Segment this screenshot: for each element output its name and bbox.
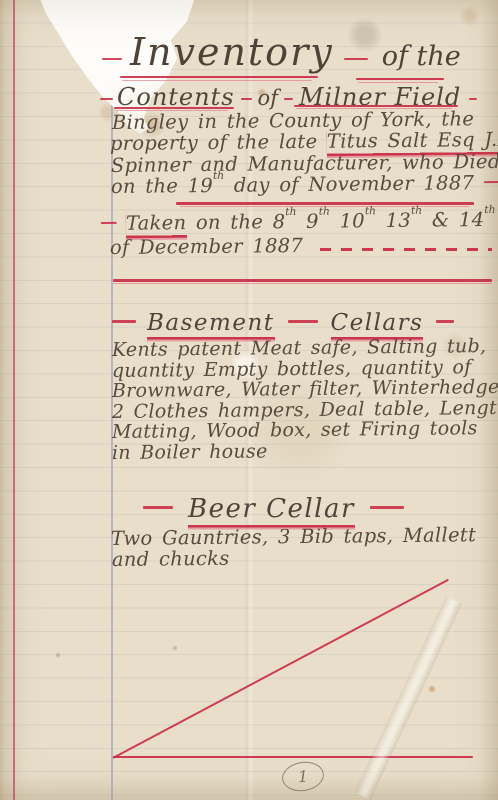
bottom-horizontal-rule <box>113 756 473 758</box>
inventory-document-page: Inventoryof the ContentsofMilner Field B… <box>0 0 498 800</box>
red-dash <box>288 320 318 323</box>
basement-heading: BasementCellars <box>112 308 454 338</box>
beer-item-1: Two Gauntries, 3 Bib taps, Mallett <box>111 523 477 550</box>
red-dash <box>101 221 117 224</box>
intro-line-4-text: on the 19th day of November 1887 <box>111 171 475 198</box>
beer-cellar-heading: Beer Cellar <box>143 493 404 525</box>
basement-item-6: in Boiler house <box>112 440 268 464</box>
red-dashed-rule <box>320 248 492 251</box>
subtitle-of: of <box>258 86 278 110</box>
red-margin-line <box>13 0 15 800</box>
red-dash <box>241 98 252 101</box>
beer-item-2: and chucks <box>112 547 230 571</box>
section-divider <box>113 279 492 282</box>
intro-line-4: on the 19th day of November 1887 <box>111 171 498 198</box>
page-number: 1 <box>297 767 308 787</box>
page-number-circle: 1 <box>280 759 326 794</box>
red-dash <box>112 320 136 323</box>
page-title: Inventory <box>130 30 334 74</box>
cellars-heading-word: Cellars <box>331 310 424 337</box>
taken-line-1: Taken on the 8th 9th 10th 13th & 14th da… <box>101 207 498 235</box>
red-dash <box>370 506 404 509</box>
red-dash <box>436 320 454 323</box>
red-dash <box>469 98 477 101</box>
red-dash <box>344 58 368 61</box>
title-suffix: of the <box>382 41 461 72</box>
taken-rest: on the 8th 9th 10th 13th & 14th days <box>186 207 498 234</box>
red-dash <box>100 98 113 101</box>
red-dash <box>284 98 293 101</box>
red-dash <box>484 180 498 183</box>
red-dash <box>102 58 122 61</box>
basement-item-5: Matting, Wood box, set Firing tools <box>112 417 478 443</box>
taken-word-underlined: Taken <box>126 211 187 236</box>
taken-line-2: of December 1887 <box>110 234 303 259</box>
paper-fold-crease <box>354 596 462 799</box>
section-divider-echo <box>113 283 492 284</box>
beer-cellar-heading-word: Beer Cellar <box>188 494 355 525</box>
red-dash <box>143 506 173 509</box>
basement-heading-word: Basement <box>147 310 275 337</box>
